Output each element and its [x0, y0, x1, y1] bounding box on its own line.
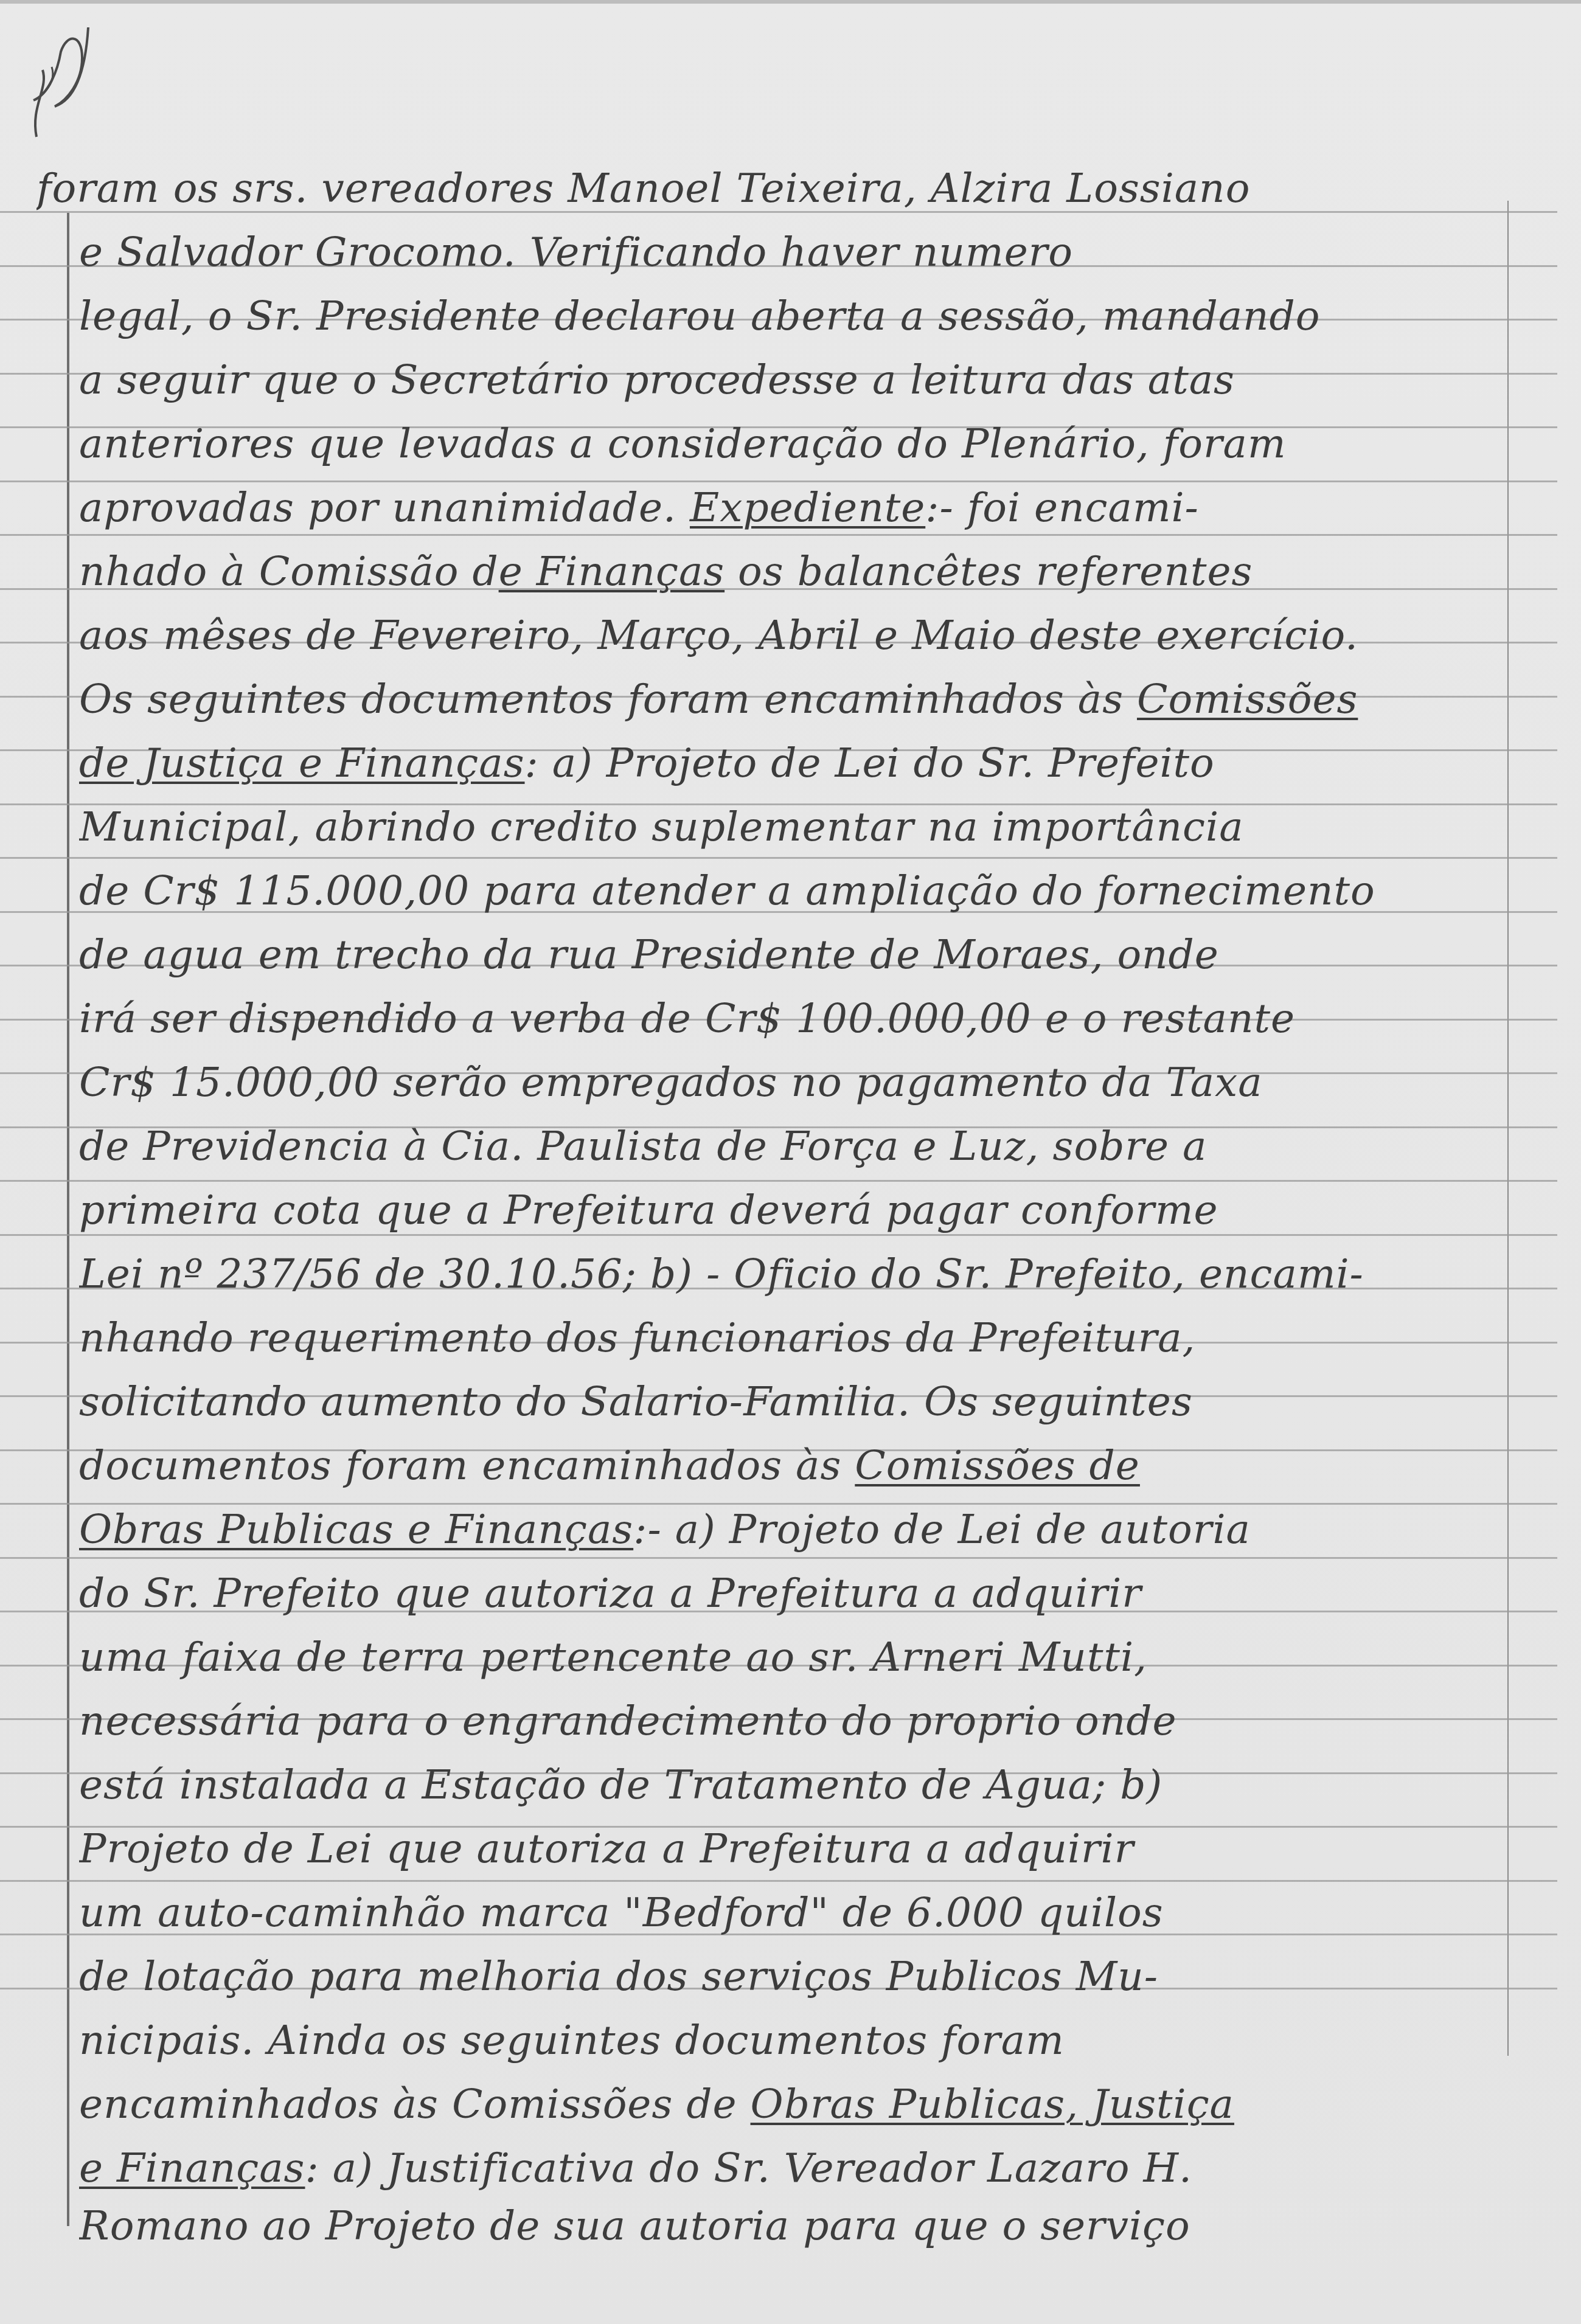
ruled-paper-page: foram os srs. vereadores Manoel Teixeira…: [0, 0, 1581, 2324]
text-line: Cr$ 15.000,00 serão empregados no pagame…: [79, 1058, 1503, 1107]
text-line: de lotação para melhoria dos serviços Pu…: [79, 1952, 1503, 2001]
text-line: irá ser dispendido a verba de Cr$ 100.00…: [79, 994, 1503, 1043]
text-line: Obras Publicas e Finanças:- a) Projeto d…: [79, 1505, 1503, 1554]
text-line: uma faixa de terra pertencente ao sr. Ar…: [79, 1633, 1503, 1682]
ruled-line: [0, 534, 1557, 536]
ruled-line: [0, 857, 1557, 859]
underlined-phrase: Comissões de: [855, 1442, 1140, 1489]
underlined-phrase: e Finanças: [499, 548, 725, 595]
underlined-phrase: Comissões: [1137, 676, 1358, 723]
text-line: e Salvador Grocomo. Verificando haver nu…: [79, 228, 1503, 277]
text-line: de Previdencia à Cia. Paulista de Força …: [79, 1122, 1503, 1171]
ruled-line: [0, 1180, 1557, 1182]
ruled-line: [0, 480, 1557, 482]
text-line: foram os srs. vereadores Manoel Teixeira…: [36, 164, 1460, 213]
ruled-line: [0, 1503, 1557, 1505]
underlined-phrase: de Justiça e Finanças: [79, 740, 525, 786]
text-line: documentos foram encaminhados às Comissõ…: [79, 1441, 1503, 1490]
underlined-phrase: Obras Publicas, Justiça: [751, 2081, 1234, 2128]
text-line: Os seguintes documentos foram encaminhad…: [79, 675, 1503, 724]
text-line: um auto-caminhão marca "Bedford" de 6.00…: [79, 1889, 1503, 1937]
text-line: nhando requerimento dos funcionarios da …: [79, 1314, 1503, 1362]
right-margin-line: [1507, 201, 1509, 2056]
ruled-line: [0, 1557, 1557, 1559]
text-line: de Justiça e Finanças: a) Projeto de Lei…: [79, 739, 1503, 788]
underlined-phrase: Expediente: [690, 484, 925, 531]
underlined-phrase: e Finanças: [79, 2145, 305, 2191]
text-line: Romano ao Projeto de sua autoria para qu…: [79, 2202, 1503, 2250]
text-line: do Sr. Prefeito que autoriza a Prefeitur…: [79, 1569, 1503, 1618]
ruled-line: [0, 1880, 1557, 1882]
underlined-phrase: Obras Publicas e Finanças: [79, 1506, 633, 1553]
text-line: aprovadas por unanimidade. Expediente:- …: [79, 484, 1503, 532]
text-line: legal, o Sr. Presidente declarou aberta …: [79, 292, 1503, 341]
text-line: de Cr$ 115.000,00 para atender a ampliaç…: [79, 867, 1503, 915]
text-line: a seguir que o Secretário procedesse a l…: [79, 356, 1503, 404]
left-margin-line: [67, 213, 69, 2226]
text-line: e Finanças: a) Justificativa do Sr. Vere…: [79, 2144, 1503, 2193]
text-line: aos mêses de Fevereiro, Março, Abril e M…: [79, 611, 1503, 660]
page-top-edge: [0, 0, 1581, 4]
text-line: de agua em trecho da rua Presidente de M…: [79, 931, 1503, 979]
text-line: Projeto de Lei que autoriza a Prefeitura…: [79, 1825, 1503, 1873]
text-line: anteriores que levadas a consideração do…: [79, 420, 1503, 468]
monogram-rubric-icon: [24, 15, 91, 155]
text-line: encaminhados às Comissões de Obras Publi…: [79, 2080, 1503, 2129]
text-line: está instalada a Estação de Tratamento d…: [79, 1761, 1503, 1809]
text-line: nhado à Comissão de Finanças os balancêt…: [79, 547, 1503, 596]
text-line: Lei nº 237/56 de 30.10.56; b) - Oficio d…: [79, 1250, 1503, 1299]
text-line: primeira cota que a Prefeitura deverá pa…: [79, 1186, 1503, 1235]
text-line: necessária para o engrandecimento do pro…: [79, 1697, 1503, 1746]
text-line: nicipais. Ainda os seguintes documentos …: [79, 2016, 1503, 2065]
text-line: solicitando aumento do Salario-Familia. …: [79, 1378, 1503, 1426]
text-line: Municipal, abrindo credito suplementar n…: [79, 803, 1503, 852]
